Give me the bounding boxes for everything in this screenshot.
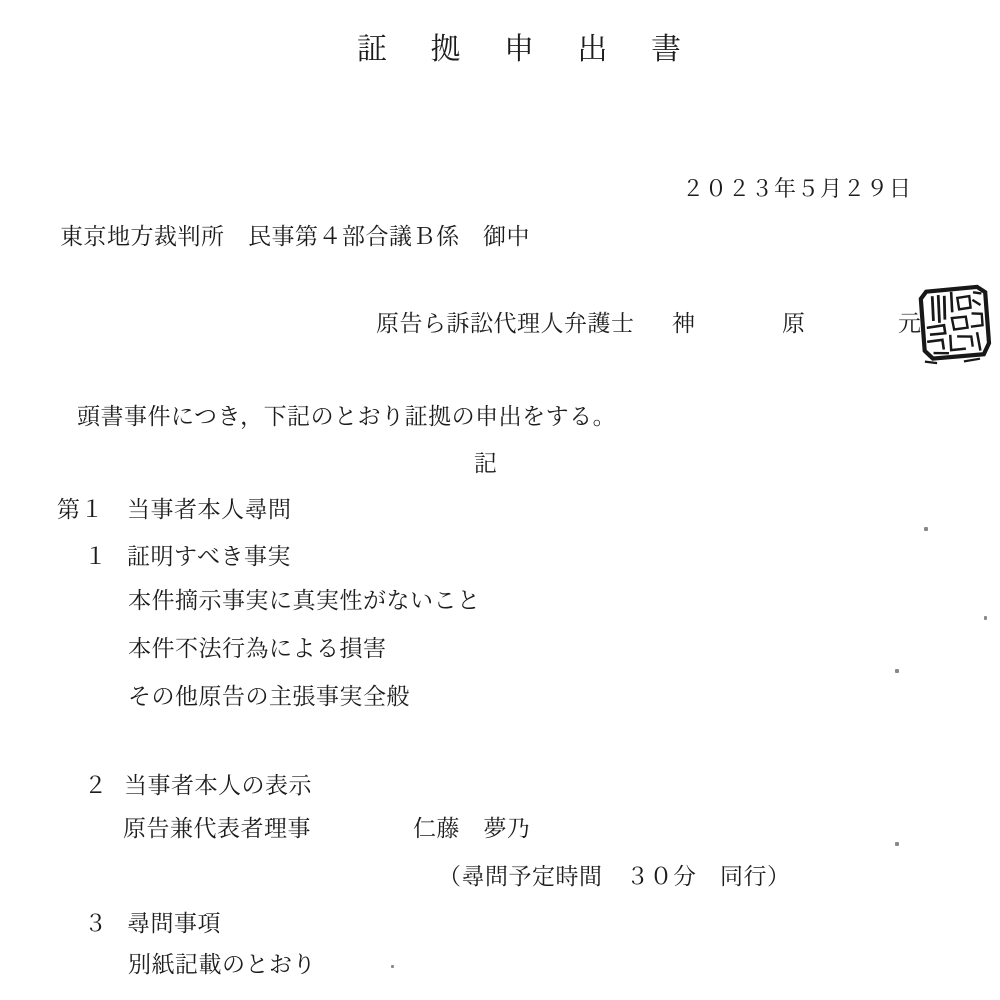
item1-heading: 証明すべき事実 [127,544,291,570]
attorney-surname-char2: 原 [782,311,806,337]
item2-number: ２ [84,773,108,799]
scan-speck [924,527,928,531]
section1-number: 第１ [57,497,104,523]
document-date: ２０２３年５月２９日 [682,176,912,201]
item3-heading: 尋問事項 [127,911,221,937]
item1-fact-line2: 本件不法行為による損害 [128,636,387,662]
item2-heading: 当事者本人の表示 [124,773,312,799]
item3-body-line: 別紙記載のとおり [128,952,316,978]
item1-number: １ [84,544,108,570]
item1-fact-line3: その他原告の主張事実全般 [128,684,410,710]
ki-record-marker: 記 [474,451,498,477]
examination-time-note: （尋問予定時間 ３０分 同行） [438,864,791,890]
scanned-legal-document-page: 証 拠 申 出 書 ２０２３年５月２９日 東京地方裁判所 民事第４部合議Ｂ係 御… [0,0,1000,1000]
attorney-title-label: 原告ら訴訟代理人弁護士 [376,311,635,337]
item3-number: ３ [84,911,108,937]
party-name: 仁藤 夢乃 [413,816,531,842]
attorney-surname-char1: 神 [672,311,696,337]
scan-speck [391,965,394,968]
scan-speck [984,616,987,620]
addressee-court-line: 東京地方裁判所 民事第４部合議Ｂ係 御中 [60,224,530,250]
scan-speck [895,669,899,673]
section1-heading: 当事者本人尋問 [127,497,292,523]
attorney-hanko-seal-stamp [913,283,995,365]
preamble-sentence: 頭書事件につき，下記のとおり証拠の申出をする。 [77,404,616,430]
document-title: 証 拠 申 出 書 [357,33,699,68]
scan-speck [895,842,899,846]
party-role-label: 原告兼代表者理事 [123,816,311,842]
item1-fact-line1: 本件摘示事実に真実性がないこと [128,588,481,614]
